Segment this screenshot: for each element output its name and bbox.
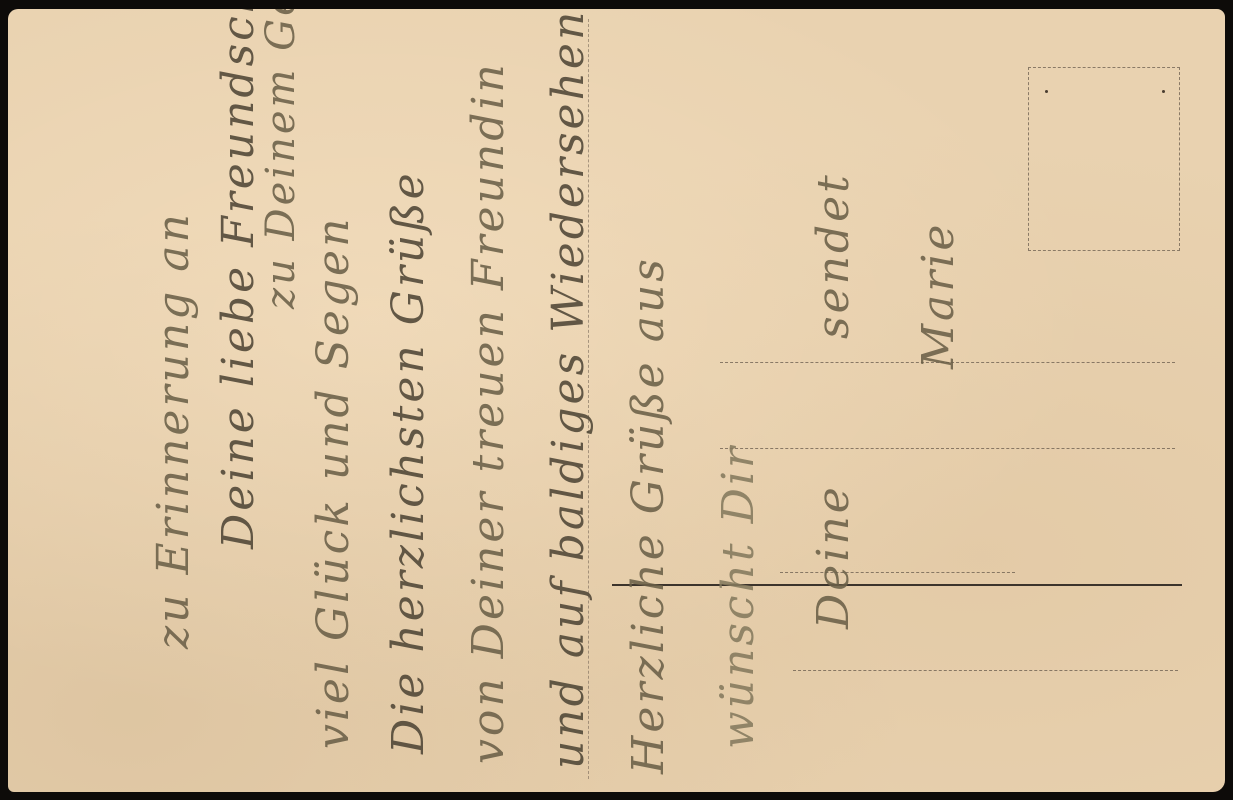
- handwriting-line: sendet: [808, 172, 859, 339]
- stamp-placeholder-box: [1028, 67, 1180, 251]
- address-line-solid: [612, 584, 1182, 586]
- stamp-corner-dot: [1162, 90, 1165, 93]
- stamp-corner-dot: [1045, 90, 1048, 93]
- handwriting-line: wünscht Dir: [713, 444, 764, 749]
- handwriting-line: Deine: [808, 484, 859, 629]
- handwriting-line: zu Erinnerung an: [148, 211, 199, 649]
- address-line-2: [720, 448, 1175, 449]
- postcard-back: zu Erinnerung an Deine liebe Freundschaf…: [8, 9, 1225, 792]
- address-line-4: [793, 670, 1178, 671]
- handwriting-line: Die herzlichsten Grüße: [383, 170, 434, 754]
- handwriting-line: Herzliche Grüße aus: [623, 256, 674, 774]
- handwriting-line: viel Glück und Segen: [308, 216, 359, 749]
- handwriting-signature: Marie: [913, 222, 964, 369]
- handwriting-line: von Deiner treuen Freundin: [463, 61, 514, 764]
- handwriting-line: Deine liebe Freundschaft: [213, 9, 264, 549]
- handwriting-line: und auf baldiges Wiedersehen: [543, 9, 594, 769]
- handwriting-line: zu Deinem Geburtstag: [258, 9, 304, 309]
